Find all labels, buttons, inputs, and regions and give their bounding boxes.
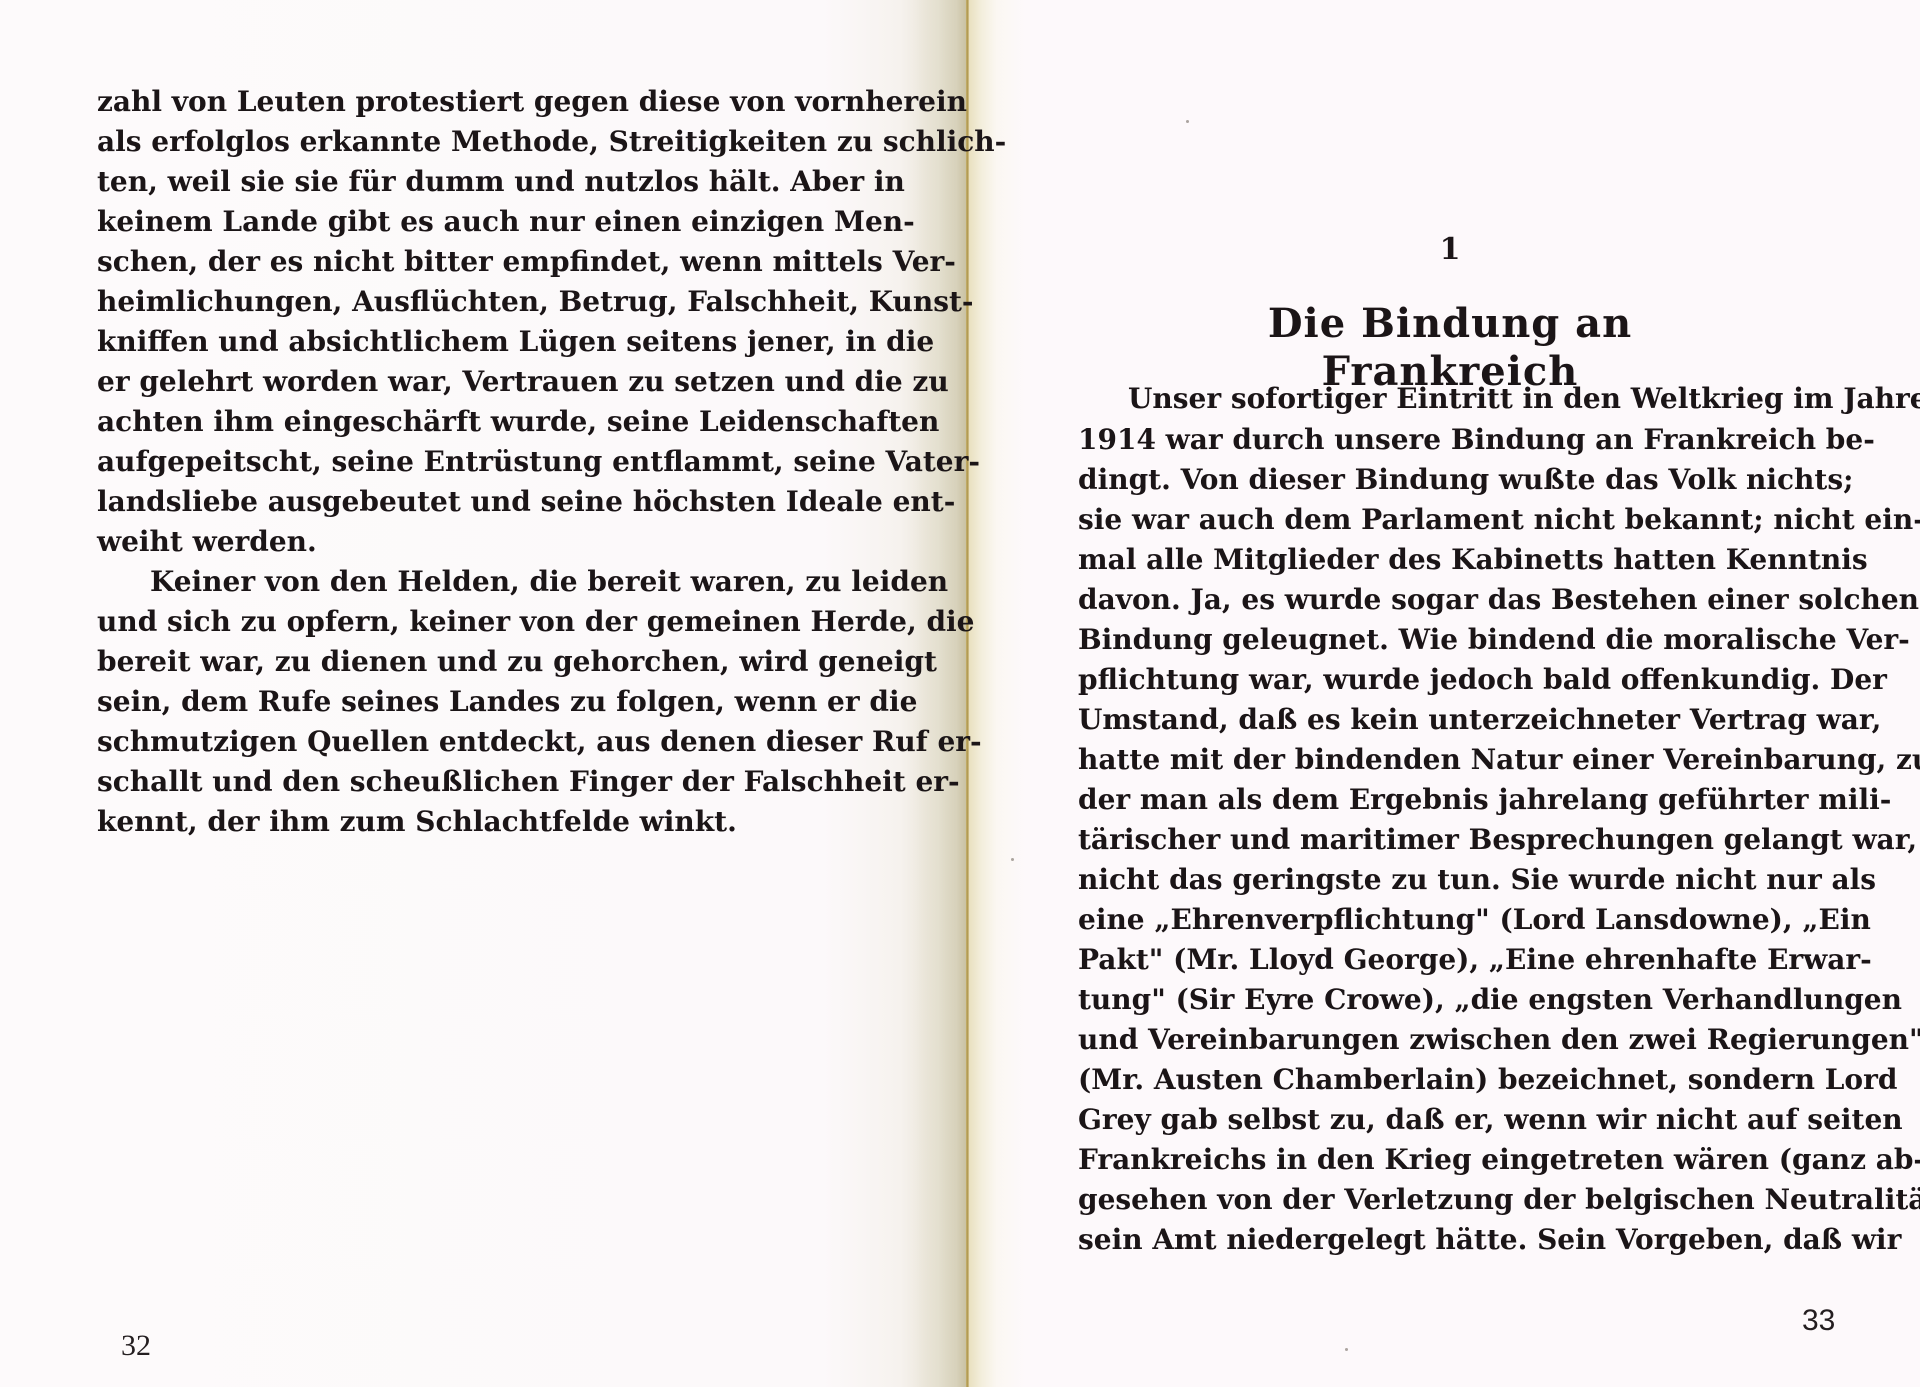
text-line: kniffen und absichtlichem Lügen seitens … <box>97 325 859 359</box>
text-line: sie war auch dem Parlament nicht bekannt… <box>1078 503 1836 537</box>
text-line: als erfolglos erkannte Methode, Streitig… <box>97 125 859 159</box>
text-line: landsliebe ausgebeutet und seine höchste… <box>97 485 859 519</box>
text-line: dingt. Von dieser Bindung wußte das Volk… <box>1078 463 1836 497</box>
text-line: der man als dem Ergebnis jahrelang gefüh… <box>1078 783 1836 817</box>
paragraph-end-line: kennt, der ihm zum Schlachtfelde winkt. <box>97 805 859 839</box>
chapter-number: 1 <box>1180 232 1720 268</box>
text-line: bereit war, zu dienen und zu gehorchen, … <box>97 645 859 679</box>
text-line: und sich zu opfern, keiner von der gemei… <box>97 605 859 639</box>
text-line: sein Amt niedergelegt hätte. Sein Vorgeb… <box>1078 1223 1836 1257</box>
page-number-left: 32 <box>121 1330 151 1362</box>
text-line: schallt und den scheußlichen Finger der … <box>97 765 859 799</box>
text-line: Frankreichs in den Krieg eingetreten wär… <box>1078 1143 1836 1177</box>
text-line: eine „Ehrenverpflichtung" (Lord Lansdown… <box>1078 903 1836 937</box>
text-line: hatte mit der bindenden Natur einer Vere… <box>1078 743 1836 777</box>
scan-speck <box>1011 858 1014 861</box>
text-line: zahl von Leuten protestiert gegen diese … <box>97 85 859 119</box>
text-line: 1914 war durch unsere Bindung an Frankre… <box>1078 423 1836 457</box>
text-line: Bindung geleugnet. Wie bindend die moral… <box>1078 623 1836 657</box>
text-line: Umstand, daß es kein unterzeichneter Ver… <box>1078 703 1836 737</box>
paragraph-start-line: Unser sofortiger Eintritt in den Weltkri… <box>1128 382 1836 416</box>
text-line: aufgepeitscht, seine Entrüstung entflamm… <box>97 445 859 479</box>
scan-speck <box>1345 1348 1348 1351</box>
text-line: Grey gab selbst zu, daß er, wenn wir nic… <box>1078 1103 1836 1137</box>
text-line: heimlichungen, Ausflüchten, Betrug, Fals… <box>97 285 859 319</box>
text-line: schen, der es nicht bitter empfindet, we… <box>97 245 859 279</box>
text-line: tärischer und maritimer Besprechungen ge… <box>1078 823 1836 857</box>
gutter-shadow <box>915 0 967 1387</box>
text-line: davon. Ja, es wurde sogar das Bestehen e… <box>1078 583 1836 617</box>
scan-speck <box>1186 120 1189 123</box>
text-line: und Vereinbarungen zwischen den zwei Reg… <box>1078 1023 1836 1057</box>
text-line: sein, dem Rufe seines Landes zu folgen, … <box>97 685 859 719</box>
paragraph-start-line: Keiner von den Helden, die bereit waren,… <box>150 565 859 599</box>
text-line: (Mr. Austen Chamberlain) bezeichnet, son… <box>1078 1063 1836 1097</box>
text-line: achten ihm eingeschärft wurde, seine Lei… <box>97 405 859 439</box>
book-spread: zahl von Leuten protestiert gegen diese … <box>0 0 1920 1387</box>
text-line: pflichtung war, wurde jedoch bald offenk… <box>1078 663 1836 697</box>
text-line: er gelehrt worden war, Vertrauen zu setz… <box>97 365 859 399</box>
text-line: ten, weil sie sie für dumm und nutzlos h… <box>97 165 859 199</box>
text-line: Pakt" (Mr. Lloyd George), „Eine ehrenhaf… <box>1078 943 1836 977</box>
page-number-right: 33 <box>1802 1305 1835 1337</box>
text-line: keinem Lande gibt es auch nur einen einz… <box>97 205 859 239</box>
text-line: tung" (Sir Eyre Crowe), „die engsten Ver… <box>1078 983 1836 1017</box>
book-gutter <box>966 0 969 1387</box>
text-line: nicht das geringste zu tun. Sie wurde ni… <box>1078 863 1836 897</box>
text-line: mal alle Mitglieder des Kabinetts hatten… <box>1078 543 1836 577</box>
text-line: gesehen von der Verletzung der belgische… <box>1078 1183 1836 1217</box>
text-line: schmutzigen Quellen entdeckt, aus denen … <box>97 725 859 759</box>
paragraph-end-line: weiht werden. <box>97 525 859 559</box>
